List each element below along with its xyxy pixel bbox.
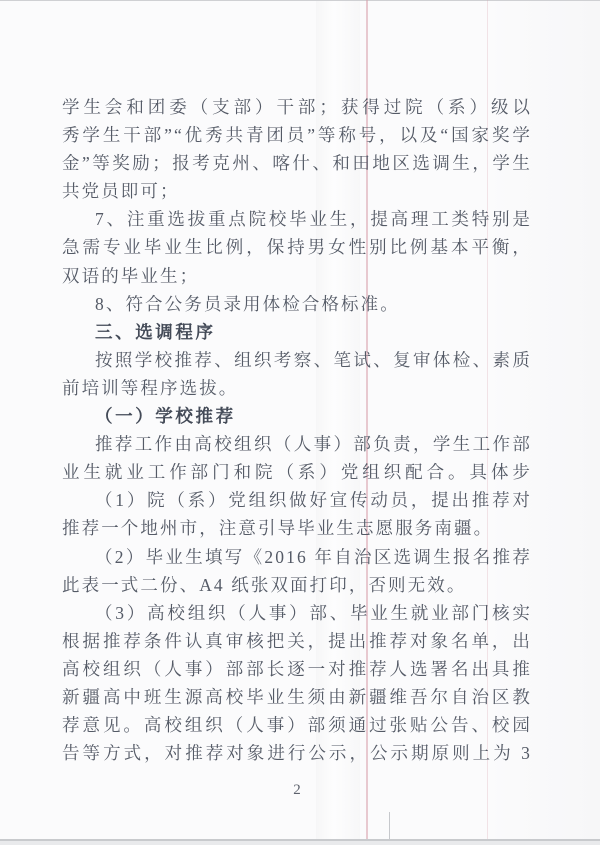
text-line: 此表一式二份、A4 纸张双面打印，否则无效。 [62,571,532,599]
text-line: （2）毕业生填写《2016 年自治区选调生报名推荐表》，要求 [62,543,532,571]
text-line: 荐意见。高校组织（人事）部须通过张贴公告、校园网站发布公 [62,711,532,739]
text-line: 业生就业工作部门和院（系）党组织配合。具体步骤： [62,458,532,486]
page-number: 2 [62,782,532,799]
text-line: 学生会和团委（支部）干部；获得过院（系）级以上“三好学生”“优 [62,93,532,121]
text-line: 8、符合公务员录用体检合格标准。 [62,290,532,318]
text-line: 前培训等程序选拔。 [62,374,532,402]
text-line: 告等方式，对推荐对象进行公示，公示期原则上为 3 天，因时间 [62,739,532,767]
text-line: 金”等奖励；报考克州、喀什、和田地区选调生，学生干部中的中 [62,149,532,177]
text-line: 三、选调程序 [62,318,532,346]
scanned-document-page: 学生会和团委（支部）干部；获得过院（系）级以上“三好学生”“优秀学生干部”“优秀… [0,0,600,845]
scan-bottom-band [0,841,600,845]
page-text: 学生会和团委（支部）干部；获得过院（系）级以上“三好学生”“优秀学生干部”“优秀… [62,93,532,767]
scan-top-edge [0,0,600,1]
text-line: 按照学校推荐、组织考察、笔试、复审体检、素质测试、岗 [62,346,532,374]
text-line: 7、注重选拔重点院校毕业生，提高理工类特别是涉农等基层 [62,205,532,233]
text-line: 根据推荐条件认真审核把关，提出推荐对象名单，出具推荐意见。 [62,627,532,655]
text-line: 新疆高中班生源高校毕业生须由新疆维吾尔自治区教育厅填写推 [62,683,532,711]
text-line: 双语的毕业生； [62,262,532,290]
scan-bottom-tick-artifact [389,812,390,840]
text-line: （3）高校组织（人事）部、毕业生就业部门核实有关材料， [62,599,532,627]
text-line: 高校组织（人事）部部长逐一对推荐人选署名出具推荐函。内地 [62,655,532,683]
text-line: 共党员即可； [62,177,532,205]
text-line: （一）学校推荐 [62,402,532,430]
text-line: 推荐一个地州市，注意引导毕业生志愿服务南疆。 [62,514,532,542]
text-line: 急需专业毕业生比例，保持男女性别比例基本平衡，重视选拔懂 [62,233,532,261]
text-line: （1）院（系）党组织做好宣传动员，提出推荐对象，每人限 [62,486,532,514]
text-line: 推荐工作由高校组织（人事）部负责，学生工作部（处）、毕 [62,430,532,458]
text-line: 秀学生干部”“优秀共青团员”等称号，以及“国家奖学金”“励志奖学 [62,121,532,149]
